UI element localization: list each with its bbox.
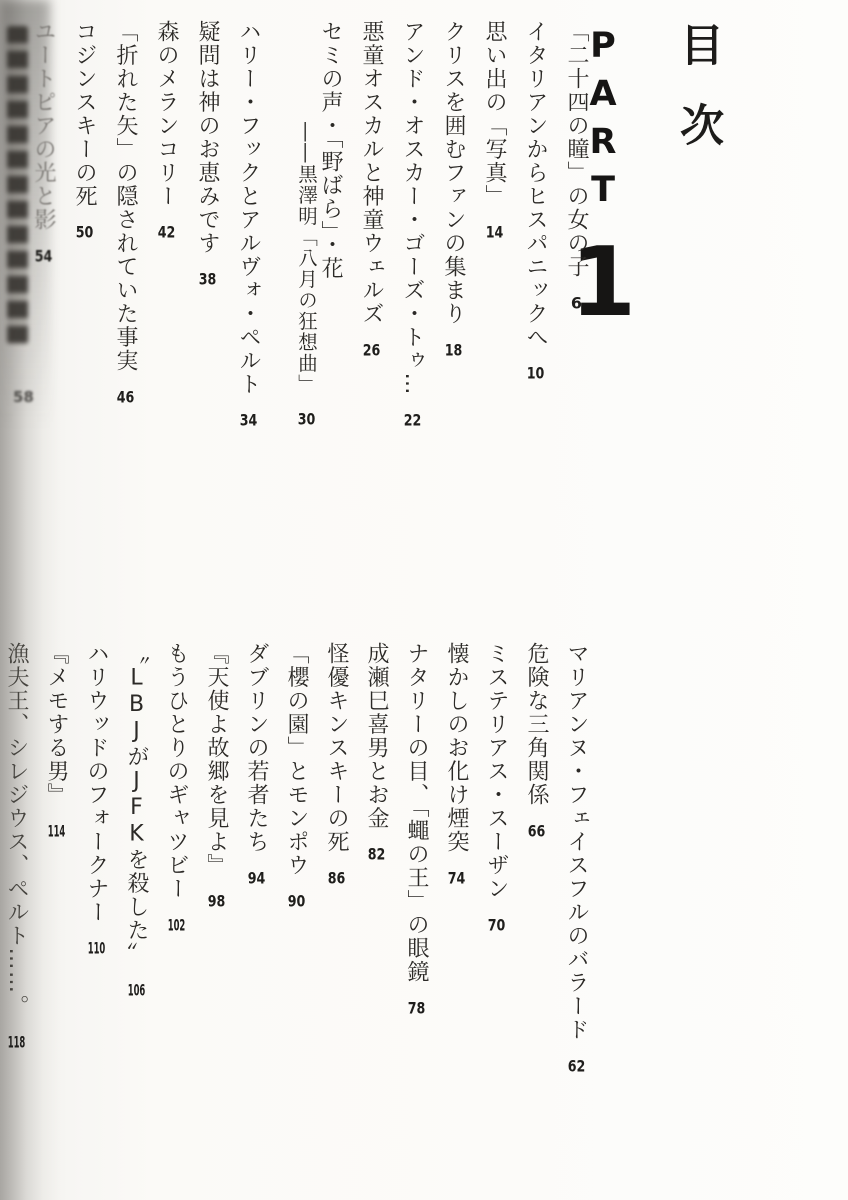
entry-title: ナタリーの目、「蠅の王」の眼鏡 <box>404 642 429 984</box>
entry-page: 82 <box>367 846 386 862</box>
entry-title: マリアンヌ・フェイスフルのバラード <box>564 642 589 1042</box>
toc-entry: 『天使よ故郷を見よ』98 <box>204 642 228 1122</box>
entry-page: 6 <box>567 295 586 311</box>
entry-page: 22 <box>403 412 422 428</box>
toc-entry: 悪童オスカルと神童ウェルズ26 <box>359 20 383 500</box>
entry-title: 怪優キンスキーの死 <box>324 642 349 854</box>
entry-page: 34 <box>239 412 258 428</box>
toc-entry: 〝LBJがJFKを殺した〟106 <box>124 642 148 1122</box>
entry-title: ハリー・フックとアルヴォ・ペルト <box>236 20 261 396</box>
entry-title: 思い出の「写真」 <box>482 20 507 208</box>
entry-page: 14 <box>485 224 504 240</box>
entry-page: 54 <box>34 248 53 264</box>
entry-page: 70 <box>487 917 506 933</box>
entry-title: コジンスキーの死 <box>72 20 97 208</box>
toc-part1: 「二十四の瞳」の女の子6 イタリアンからヒスパニックへ10 思い出の「写真」14… <box>14 20 588 500</box>
entry-title: ユートピアの光と影 <box>31 20 56 232</box>
toc-entry: ナタリーの目、「蠅の王」の眼鏡78 <box>404 642 428 1122</box>
toc-entry: 成瀬巳喜男とお金82 <box>364 642 388 1122</box>
toc-entry: 漁夫王、シレジウス、ペルト……。118 <box>4 642 28 1122</box>
book-toc-page: 目次 PART1 「二十四の瞳」の女の子6 イタリアンからヒスパニックへ10 思… <box>0 0 848 1200</box>
entry-title: 『天使よ故郷を見よ』 <box>204 642 229 877</box>
toc-entry: ダブリンの若者たち94 <box>244 642 268 1122</box>
entry-page: 90 <box>287 893 306 909</box>
toc-entry: 森のメランコリー42 <box>154 20 178 500</box>
entry-page: 74 <box>447 870 466 886</box>
toc-entry: 懐かしのお化け煙突74 <box>444 642 468 1122</box>
toc-entry-faded: ユートピアの光と影54 <box>31 20 55 500</box>
entry-page: 62 <box>567 1058 586 1074</box>
illegible-spine-column <box>7 26 28 344</box>
toc-entry: 「二十四の瞳」の女の子6 <box>564 20 588 500</box>
entry-page: 50 <box>75 224 94 240</box>
entry-page: 102 <box>167 917 186 933</box>
entry-title: 〝LBJがJFKを殺した〟 <box>124 642 149 966</box>
toc-entry: クリスを囲むファンの集まり18 <box>441 20 465 500</box>
toc-entry: マリアンヌ・フェイスフルのバラード62 <box>564 642 588 1122</box>
entry-title: 危険な三角関係 <box>524 642 549 807</box>
entry-page: 94 <box>247 870 266 886</box>
entry-title: 成瀬巳喜男とお金 <box>364 642 389 830</box>
entry-page: 42 <box>157 224 176 240</box>
entry-title: ハリウッドのフォークナー <box>84 642 109 924</box>
toc-entry: 「櫻の園」とモンポウ90 <box>284 642 308 1122</box>
toc-entry: ミステリアス・スーザン70 <box>484 642 508 1122</box>
entry-title: 森のメランコリー <box>154 20 179 208</box>
entry-page: 30 <box>297 411 316 427</box>
entry-page: 18 <box>444 342 463 358</box>
entry-title: 疑問は神のお恵みです <box>195 20 220 255</box>
entry-title: 「櫻の園」とモンポウ <box>284 642 309 877</box>
entry-title: 漁夫王、シレジウス、ペルト……。 <box>4 642 29 1018</box>
toc-entry: アンド・オスカー・ゴーズ・トゥ…22 <box>400 20 424 500</box>
entry-page: 110 <box>87 940 106 956</box>
toc-entry: ハリー・フックとアルヴォ・ペルト34 <box>236 20 260 500</box>
toc-entry: 「折れた矢」の隠されていた事実46 <box>113 20 137 500</box>
entry-title: 懐かしのお化け煙突 <box>444 642 469 854</box>
illegible-spine-column-page: 58 <box>13 388 34 406</box>
entry-title: クリスを囲むファンの集まり <box>441 20 466 326</box>
entry-page: 86 <box>327 870 346 886</box>
toc-entry: コジンスキーの死50 <box>72 20 96 500</box>
entry-page: 106 <box>127 982 146 998</box>
entry-title: 「二十四の瞳」の女の子 <box>564 20 589 279</box>
toc-entry-two-line: セミの声・「野ばら」・花――黒澤明「八月の狂想曲」30 <box>294 20 342 500</box>
entry-title: 悪童オスカルと神童ウェルズ <box>359 20 384 326</box>
entry-title: セミの声・「野ばら」・花 <box>318 20 343 280</box>
entry-page: 98 <box>207 893 226 909</box>
toc-entry: もうひとりのギャツビー102 <box>164 642 188 1122</box>
entry-subtitle: ――黒澤明「八月の狂想曲」 <box>295 122 318 395</box>
toc-entry: イタリアンからヒスパニックへ10 <box>523 20 547 500</box>
entry-page: 26 <box>362 342 381 358</box>
toc-entry: 疑問は神のお恵みです38 <box>195 20 219 500</box>
entry-title: イタリアンからヒスパニックへ <box>523 20 548 349</box>
toc-entry: 『メモする男』114 <box>44 642 68 1122</box>
entry-page: 118 <box>7 1034 26 1050</box>
entry-page: 78 <box>407 1000 426 1016</box>
toc-entry: 怪優キンスキーの死86 <box>324 642 348 1122</box>
toc-entry: 思い出の「写真」14 <box>482 20 506 500</box>
entry-title: 『メモする男』 <box>44 642 69 807</box>
entry-page: 38 <box>198 271 217 287</box>
entry-title: 「折れた矢」の隠されていた事実 <box>113 20 138 373</box>
toc-entry: 危険な三角関係66 <box>524 642 548 1122</box>
toc-part2: マリアンヌ・フェイスフルのバラード62 危険な三角関係66 ミステリアス・スーザ… <box>0 642 588 1122</box>
page-title: 目次 <box>665 22 729 182</box>
part-label: PART <box>583 26 623 218</box>
entry-page: 46 <box>116 389 135 405</box>
entry-page: 114 <box>47 823 66 839</box>
toc-entry: ハリウッドのフォークナー110 <box>84 642 108 1122</box>
entry-title: ダブリンの若者たち <box>244 642 269 854</box>
entry-title: もうひとりのギャツビー <box>164 642 189 901</box>
entry-page: 10 <box>526 365 545 381</box>
entry-title: ミステリアス・スーザン <box>484 642 509 901</box>
entry-title: アンド・オスカー・ゴーズ・トゥ… <box>400 20 425 396</box>
entry-page: 66 <box>527 823 546 839</box>
